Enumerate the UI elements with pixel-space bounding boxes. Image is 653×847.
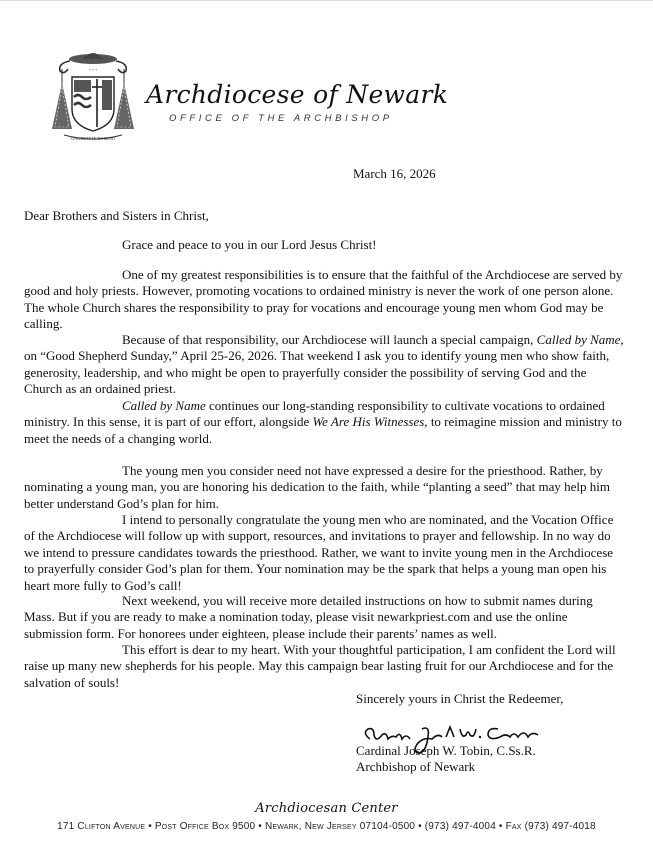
- paragraph-5: I intend to personally congratulate the …: [24, 512, 626, 594]
- footer-title: Archdiocesan Center: [0, 801, 653, 816]
- svg-text:GAUDETE IN DOMINO: GAUDETE IN DOMINO: [71, 136, 115, 141]
- paragraph-3: Called by Name continues our long-standi…: [24, 398, 626, 447]
- letterhead-title: Archdiocese of Newark: [146, 80, 448, 109]
- paragraph-7: This effort is dear to my heart. With yo…: [24, 642, 626, 691]
- letterhead-subtitle: OFFICE OF THE ARCHBISHOP: [169, 113, 393, 124]
- letter-page: + + + GAUDETE IN DOMINO Archdiocese of N…: [0, 0, 653, 847]
- svg-text:+ + +: + + +: [89, 67, 99, 72]
- signer-name: Cardinal Joseph W. Tobin, C.Ss.R.: [356, 743, 536, 759]
- paragraph-6: Next weekend, you will receive more deta…: [24, 593, 626, 642]
- paragraph-1: One of my greatest responsibilities is t…: [24, 267, 626, 333]
- paragraph-4: The young men you consider need not have…: [24, 463, 626, 512]
- closing: Sincerely yours in Christ the Redeemer,: [356, 691, 563, 707]
- signer-title: Archbishop of Newark: [356, 759, 475, 775]
- paragraph-2: Because of that responsibility, our Arch…: [24, 332, 626, 398]
- greeting: Grace and peace to you in our Lord Jesus…: [24, 237, 626, 253]
- letter-date: March 16, 2026: [353, 166, 436, 182]
- campaign-name: Called by Name,: [537, 332, 624, 347]
- salutation: Dear Brothers and Sisters in Christ,: [24, 208, 209, 224]
- footer-address: 171 Clifton Avenue • Post Office Box 950…: [0, 821, 653, 832]
- coat-of-arms-icon: + + + GAUDETE IN DOMINO: [50, 47, 136, 145]
